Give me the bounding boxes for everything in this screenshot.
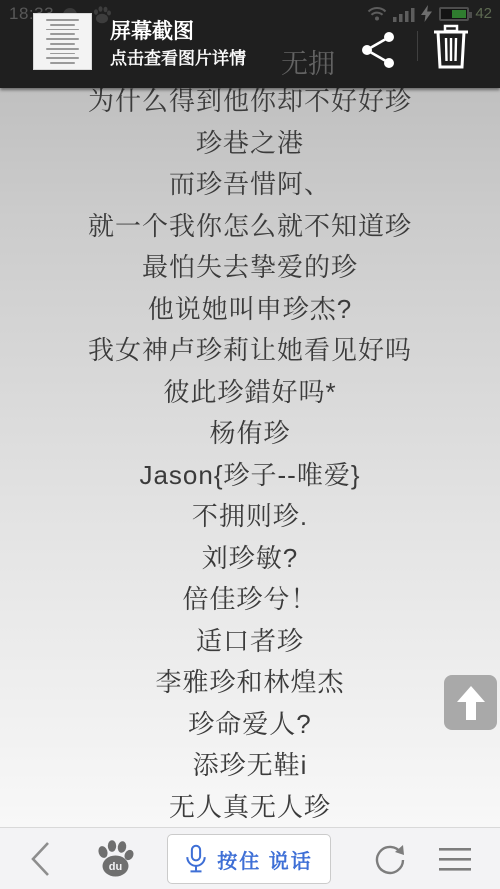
list-item: 无人真无人珍 xyxy=(0,785,500,827)
list-item: 而珍吾惜阿、 xyxy=(0,162,500,204)
microphone-icon xyxy=(185,844,207,874)
svg-text:du: du xyxy=(109,861,122,873)
baidu-paw-icon[interactable]: du xyxy=(94,838,136,880)
list-item: 适口者珍 xyxy=(0,619,500,661)
list-item: 不拥则珍. xyxy=(0,494,500,536)
share-icon[interactable] xyxy=(358,29,400,71)
back-chevron-icon[interactable] xyxy=(26,840,54,878)
page-text-peek: 无拥 xyxy=(281,42,335,81)
list-item: Jason{珍子--唯爱} xyxy=(0,453,500,495)
notification-body[interactable]: 屏幕截图 点击查看图片详情 xyxy=(110,17,246,71)
voice-search-button[interactable]: 按住 说话 xyxy=(167,834,331,884)
nickname-list: 为什么得到他你却不好好珍 珍巷之港 而珍吾惜阿、 就一个我你怎么就不知道珍 最怕… xyxy=(0,79,500,826)
list-item: 珍命爱人? xyxy=(0,702,500,744)
list-item: 我女神卢珍莉让她看见好吗 xyxy=(0,328,500,370)
list-item: 最怕失去挚爱的珍 xyxy=(0,245,500,287)
list-item: 李雅珍和林煌杰 xyxy=(0,660,500,702)
battery-percent: 42 xyxy=(475,5,492,22)
scroll-to-top-arrow-icon xyxy=(454,685,488,721)
wifi-icon xyxy=(367,6,387,21)
page-content: 为什么得到他你却不好好珍 珍巷之港 而珍吾惜阿、 就一个我你怎么就不知道珍 最怕… xyxy=(0,88,500,827)
refresh-icon[interactable] xyxy=(371,841,409,879)
list-item: 倍佳珍兮！ xyxy=(0,577,500,619)
battery-icon xyxy=(439,7,469,21)
list-item: 就一个我你怎么就不知道珍 xyxy=(0,204,500,246)
list-item: 杨侑珍 xyxy=(0,411,500,453)
signal-bars-icon xyxy=(393,6,415,22)
list-item: 珍巷之港 xyxy=(0,121,500,163)
notification-subtitle: 点击查看图片详情 xyxy=(110,47,246,71)
notification-shade: 18:33 xyxy=(0,0,500,88)
divider xyxy=(417,31,418,61)
list-item: 添珍无鞋i xyxy=(0,743,500,785)
notification-title: 屏幕截图 xyxy=(110,17,246,47)
paw-icon xyxy=(92,6,112,24)
phone-screen: 18:33 xyxy=(0,0,500,889)
menu-icon[interactable] xyxy=(436,845,474,875)
screenshot-thumbnail[interactable] xyxy=(33,13,92,70)
list-item: 彼此珍錯好吗* xyxy=(0,370,500,412)
trash-icon[interactable] xyxy=(431,24,471,70)
browser-toolbar: du 按住 说话 xyxy=(0,827,500,889)
scroll-to-top-button[interactable] xyxy=(444,675,497,730)
list-item: 刘珍敏? xyxy=(0,536,500,578)
list-item: 他说她叫申珍杰? xyxy=(0,287,500,329)
voice-button-label: 按住 说话 xyxy=(217,845,313,874)
charging-bolt-icon xyxy=(421,5,433,22)
